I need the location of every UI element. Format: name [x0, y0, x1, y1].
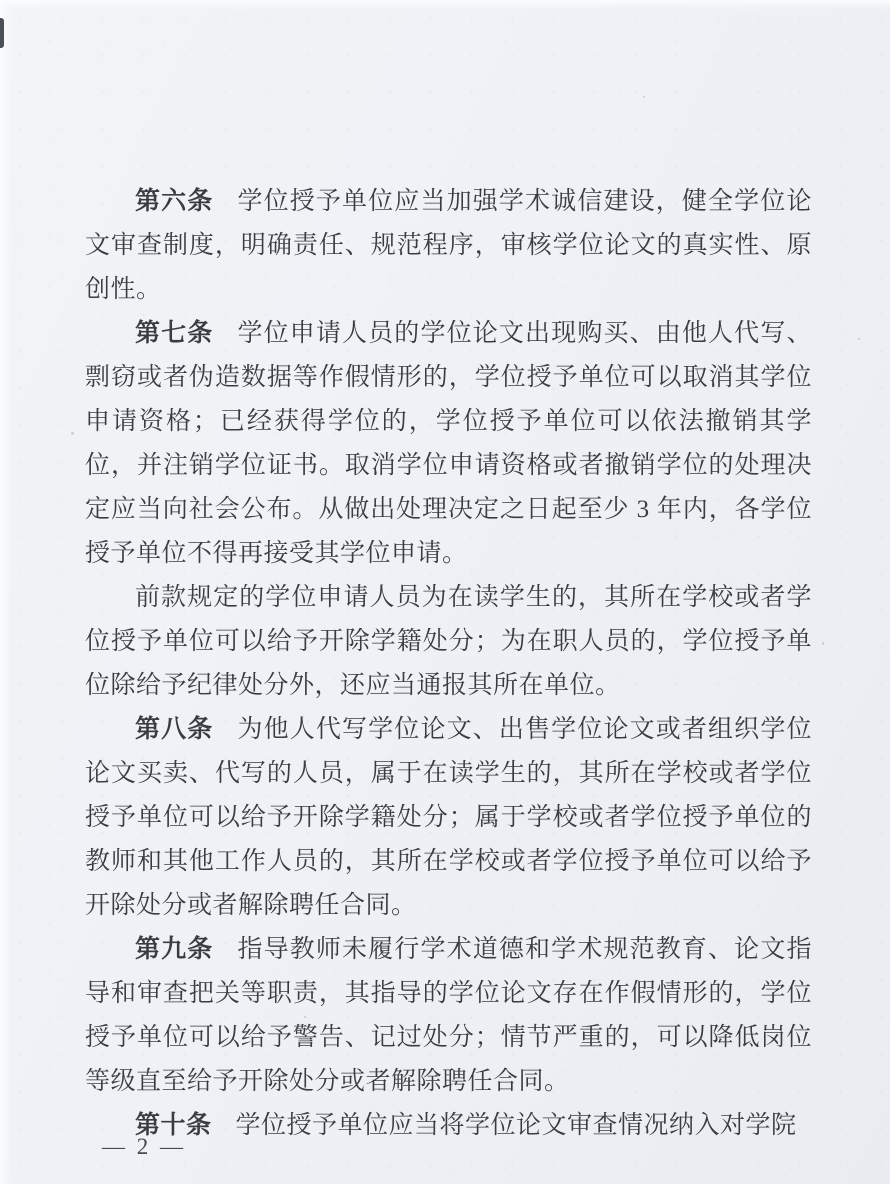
article-text: 学位申请人员的学位论文出现购买、由他人代写、剽窃或者伪造数据等作假情形的，学位授… — [85, 320, 812, 567]
scan-edge-left — [0, 0, 12, 1184]
paragraph-article-9: 第九条指导教师未履行学术道德和学术规范教育、论文指导和审查把关等职责，其指导的学… — [85, 928, 812, 1104]
scan-artifact-mark — [0, 18, 4, 48]
article-label: 第七条 — [135, 320, 213, 347]
article-label: 第八条 — [135, 716, 213, 743]
paragraph-article-10: 第十条学位授予单位应当将学位论文审查情况纳入对学院 — [85, 1104, 812, 1148]
paragraph-article-7-clause-2: 前款规定的学位申请人员为在读学生的，其所在学校或者学位授予单位可以给予开除学籍处… — [85, 576, 812, 708]
scanned-document-page: 第六条学位授予单位应当加强学术诚信建设，健全学位论文审查制度，明确责任、规范程序… — [0, 0, 890, 1184]
paragraph-article-8: 第八条为他人代写学位论文、出售学位论文或者组织学位论文买卖、代写的人员，属于在读… — [85, 708, 812, 928]
article-label: 第九条 — [135, 936, 213, 963]
page-number: — 2 — — [102, 1134, 186, 1160]
paper-speck — [858, 338, 860, 340]
paper-speck — [71, 432, 74, 435]
article-text: 前款规定的学位申请人员为在读学生的，其所在学校或者学位授予单位可以给予开除学籍处… — [85, 584, 812, 699]
paragraph-article-6: 第六条学位授予单位应当加强学术诚信建设，健全学位论文审查制度，明确责任、规范程序… — [85, 180, 812, 312]
article-label: 第六条 — [135, 188, 213, 215]
paper-speck — [822, 642, 824, 645]
paper-speck — [643, 96, 645, 98]
paragraph-article-7: 第七条学位申请人员的学位论文出现购买、由他人代写、剽窃或者伪造数据等作假情形的，… — [85, 312, 812, 576]
article-text: 学位授予单位应当将学位论文审查情况纳入对学院 — [236, 1112, 797, 1139]
article-text: 为他人代写学位论文、出售学位论文或者组织学位论文买卖、代写的人员，属于在读学生的… — [85, 716, 812, 919]
document-body: 第六条学位授予单位应当加强学术诚信建设，健全学位论文审查制度，明确责任、规范程序… — [85, 180, 812, 1148]
scan-edge-top — [0, 0, 890, 10]
